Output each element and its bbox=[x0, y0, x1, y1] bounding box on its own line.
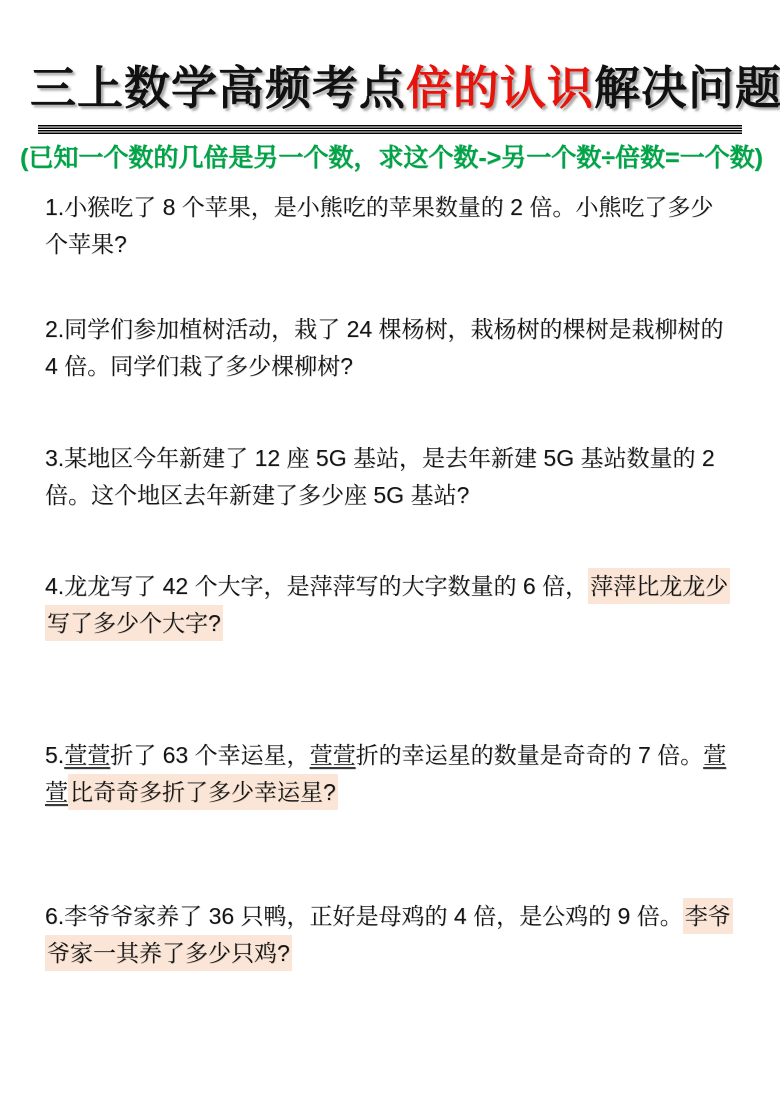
title-part-suffix: 解决问题 bbox=[594, 63, 780, 114]
title-part-topic: 倍的认识 bbox=[406, 63, 594, 114]
problem-text-underlined: 萱萱 bbox=[64, 742, 110, 768]
problem-text: 2.同学们参加植树活动，栽了 24 棵杨树，栽杨树的棵树是栽柳树的 4 倍。同学… bbox=[45, 316, 724, 379]
problem-item: 4.龙龙写了 42 个大字，是萍萍写的大字数量的 6 倍，萍萍比龙龙少写了多少个… bbox=[45, 568, 736, 642]
title-divider-rule bbox=[38, 125, 742, 134]
problem-text: 6.李爷爷家养了 36 只鸭，正好是母鸡的 4 倍，是公鸡的 9 倍。 bbox=[45, 903, 683, 929]
problem-text-highlighted: 比奇奇多折了多少幸运星? bbox=[68, 774, 338, 810]
problem-item: 5.萱萱折了 63 个幸运星，萱萱折的幸运星的数量是奇奇的 7 倍。萱萱比奇奇多… bbox=[45, 737, 736, 811]
problem-item: 6.李爷爷家养了 36 只鸭，正好是母鸡的 4 倍，是公鸡的 9 倍。李爷爷家一… bbox=[45, 898, 736, 972]
problem-text: 折了 63 个幸运星， bbox=[110, 742, 309, 768]
page-title: 三上数学高频考点倍的认识解决问题(3) bbox=[30, 62, 750, 115]
formula-hint: (已知一个数的几倍是另一个数，求这个数->另一个数÷倍数=一个数) bbox=[20, 142, 760, 174]
problem-item: 2.同学们参加植树活动，栽了 24 棵杨树，栽杨树的棵树是栽柳树的 4 倍。同学… bbox=[45, 311, 736, 385]
problem-item: 1.小猴吃了 8 个苹果，是小熊吃的苹果数量的 2 倍。小熊吃了多少个苹果? bbox=[45, 189, 736, 263]
problem-text: 1.小猴吃了 8 个苹果，是小熊吃的苹果数量的 2 倍。小熊吃了多少个苹果? bbox=[45, 194, 713, 257]
title-part-prefix: 三上数学高频考点 bbox=[30, 63, 406, 114]
problem-text: 4.龙龙写了 42 个大字，是萍萍写的大字数量的 6 倍， bbox=[45, 573, 588, 599]
problem-text: 5. bbox=[45, 742, 64, 768]
problem-text-underlined: 萱萱 bbox=[310, 742, 356, 768]
worksheet-page: 三上数学高频考点倍的认识解决问题(3) (已知一个数的几倍是另一个数，求这个数-… bbox=[0, 0, 780, 1103]
problems-list: 1.小猴吃了 8 个苹果，是小熊吃的苹果数量的 2 倍。小熊吃了多少个苹果?2.… bbox=[45, 189, 736, 972]
problem-item: 3.某地区今年新建了 12 座 5G 基站，是去年新建 5G 基站数量的 2 倍… bbox=[45, 440, 736, 514]
problem-text: 折的幸运星的数量是奇奇的 7 倍。 bbox=[356, 742, 704, 768]
problem-text: 3.某地区今年新建了 12 座 5G 基站，是去年新建 5G 基站数量的 2 倍… bbox=[45, 445, 715, 508]
